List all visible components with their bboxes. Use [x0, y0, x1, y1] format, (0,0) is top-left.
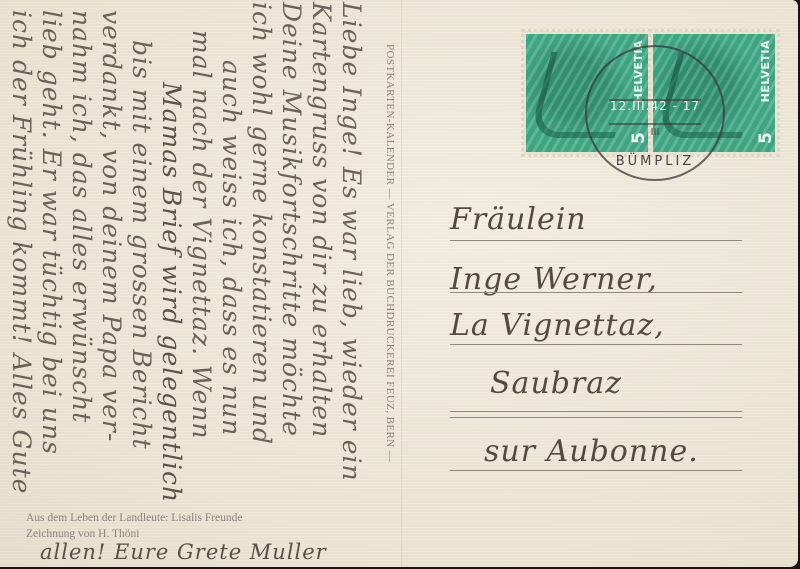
postmark-town: BÜMPLIZ: [587, 154, 723, 169]
message-line: ich wohl gerne konstatieren und: [247, 2, 276, 445]
postmark-date: 12.III.42 - 17: [587, 99, 723, 113]
address-line: Saubraz: [490, 366, 622, 401]
message-line: auch weiss ich, dass es nun: [217, 60, 246, 436]
message-line: mal nach der Vignettaz. Wenn: [187, 30, 216, 440]
illustration-caption: Aus dem Leben der Landleute: Lisalis Fre…: [26, 512, 243, 524]
message-line: Liebe Inge! Es war lieb, wieder ein: [337, 2, 366, 482]
postmark: 12.III.42 - 17 III BÜMPLIZ: [585, 45, 725, 181]
address-line: sur Aubonne.: [484, 434, 699, 469]
stamp-country: HELVETIA: [759, 40, 772, 102]
address-line: La Vignettaz,: [450, 308, 665, 343]
address-rule: [450, 240, 742, 241]
address-rule: [450, 417, 742, 418]
address-line: Fräulein: [450, 202, 587, 237]
message-line: lieb geht. Er war tüchtig bei uns: [37, 10, 66, 455]
message-line: Kartengruss von dir zu erhalten: [307, 2, 336, 438]
address-rule: [450, 344, 742, 345]
stamp-value: 5: [756, 132, 776, 144]
handwritten-message: Liebe Inge! Es war lieb, wieder ein Kart…: [0, 0, 380, 567]
message-line: bis mit einem grossen Bericht: [127, 40, 156, 450]
postmark-hour: III: [587, 127, 723, 138]
message-signoff: allen! Eure Grete Muller: [40, 540, 327, 564]
message-line: ich der Frühling kommt! Alles Gute: [7, 10, 36, 494]
message-line: nahm ich, das alles erwünscht: [67, 10, 96, 423]
card-divider: [401, 0, 402, 567]
address-rule: [450, 292, 742, 293]
message-line: Deine Musikfortschritte möchte: [277, 2, 306, 437]
address-rule: [450, 411, 742, 412]
address-rule: [450, 470, 742, 471]
illustrator-credit: Zeichnung von H. Thöni: [26, 528, 140, 540]
message-line: verdankt, von deinem Papa ver-: [97, 10, 126, 442]
message-line: Mamas Brief wird gelegentlich: [157, 82, 186, 503]
publisher-imprint: POSTKARTEN-KALENDER — VERLAG DER BUCHDRU…: [384, 44, 396, 462]
postcard: Liebe Inge! Es war lieb, wieder ein Kart…: [0, 0, 798, 567]
